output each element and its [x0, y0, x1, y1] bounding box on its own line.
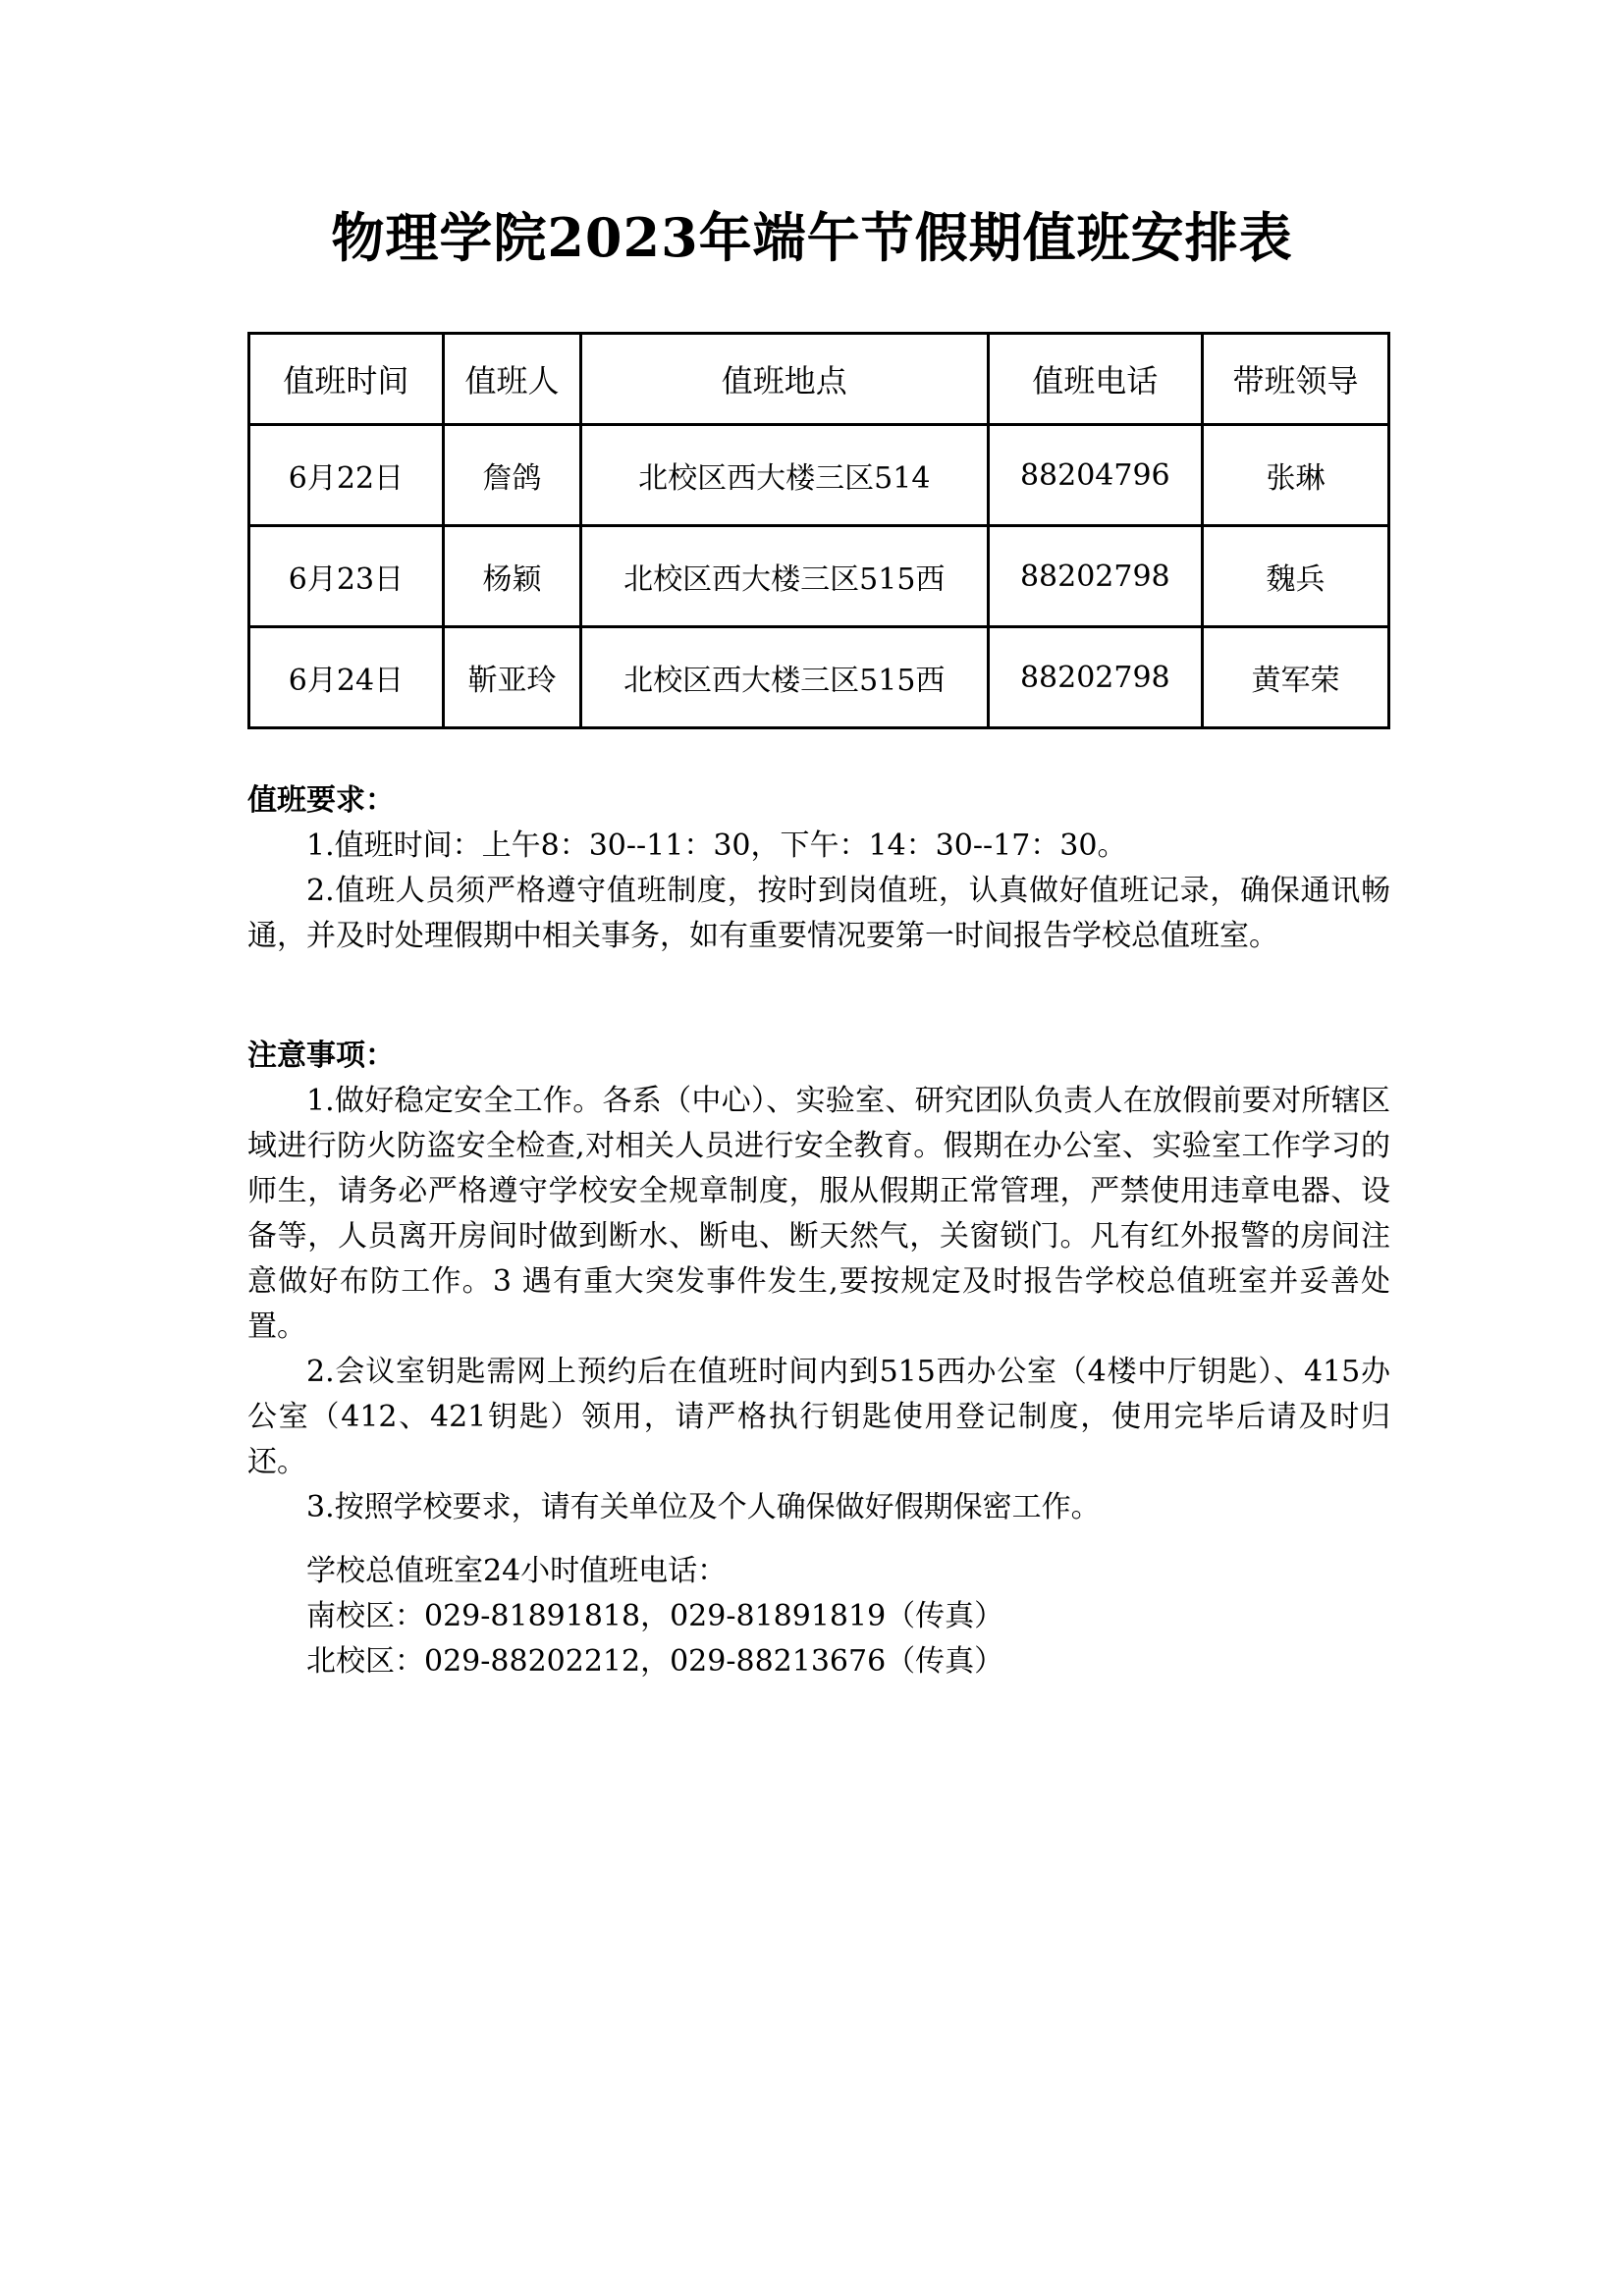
cell-person: 杨颖	[443, 526, 580, 627]
cell-phone: 88202798	[988, 526, 1203, 627]
table-row: 6月23日 杨颖 北校区西大楼三区515西 88202798 魏兵	[249, 526, 1389, 627]
duty-schedule-table: 值班时间 值班人 值班地点 值班电话 带班领导 6月22日 詹鸽 北校区西大楼三…	[247, 332, 1390, 729]
cell-person: 靳亚玲	[443, 627, 580, 728]
note-item-1: 1.做好稳定安全工作。各系（中心）、实验室、研究团队负责人在放假前要对所辖区域进…	[247, 1079, 1390, 1350]
contact-label: 学校总值班室24小时值班电话：	[306, 1549, 1003, 1594]
note-item-3: 3.按照学校要求，请有关单位及个人确保做好假期保密工作。	[247, 1485, 1390, 1530]
cell-location: 北校区西大楼三区515西	[581, 627, 988, 728]
requirement-item-2: 2.值班人员须严格遵守值班制度，按时到岗值班，认真做好值班记录，确保通讯畅通，并…	[247, 869, 1390, 959]
table-row: 6月24日 靳亚玲 北校区西大楼三区515西 88202798 黄军荣	[249, 627, 1389, 728]
table-header-row: 值班时间 值班人 值班地点 值班电话 带班领导	[249, 334, 1389, 425]
cell-leader: 黄军荣	[1203, 627, 1389, 728]
cell-date: 6月22日	[249, 425, 444, 526]
cell-location: 北校区西大楼三区514	[581, 425, 988, 526]
header-duty-person: 值班人	[443, 334, 580, 425]
notes-section: 注意事项： 1.做好稳定安全工作。各系（中心）、实验室、研究团队负责人在放假前要…	[247, 1034, 1390, 1530]
header-duty-location: 值班地点	[581, 334, 988, 425]
table-row: 6月22日 詹鸽 北校区西大楼三区514 88204796 张琳	[249, 425, 1389, 526]
cell-phone: 88204796	[988, 425, 1203, 526]
note-item-2: 2.会议室钥匙需网上预约后在值班时间内到515西办公室（4楼中厅钥匙）、415办…	[247, 1350, 1390, 1485]
cell-location: 北校区西大楼三区515西	[581, 526, 988, 627]
header-leader: 带班领导	[1203, 334, 1389, 425]
page-title: 物理学院2023年端午节假期值班安排表	[0, 196, 1624, 272]
notes-heading: 注意事项：	[247, 1034, 1390, 1079]
cell-person: 詹鸽	[443, 425, 580, 526]
header-duty-time: 值班时间	[249, 334, 444, 425]
cell-leader: 张琳	[1203, 425, 1389, 526]
header-duty-phone: 值班电话	[988, 334, 1203, 425]
requirement-item-1: 1.值班时间：上午8：30--11：30，下午：14：30--17：30。	[247, 824, 1390, 869]
contact-section: 学校总值班室24小时值班电话： 南校区：029-81891818，029-818…	[306, 1549, 1003, 1684]
cell-leader: 魏兵	[1203, 526, 1389, 627]
cell-date: 6月23日	[249, 526, 444, 627]
requirements-heading: 值班要求：	[247, 778, 1390, 824]
contact-north-campus: 北校区：029-88202212，029-88213676（传真）	[306, 1639, 1003, 1684]
cell-date: 6月24日	[249, 627, 444, 728]
cell-phone: 88202798	[988, 627, 1203, 728]
contact-south-campus: 南校区：029-81891818，029-81891819（传真）	[306, 1594, 1003, 1639]
requirements-section: 值班要求： 1.值班时间：上午8：30--11：30，下午：14：30--17：…	[247, 778, 1390, 959]
